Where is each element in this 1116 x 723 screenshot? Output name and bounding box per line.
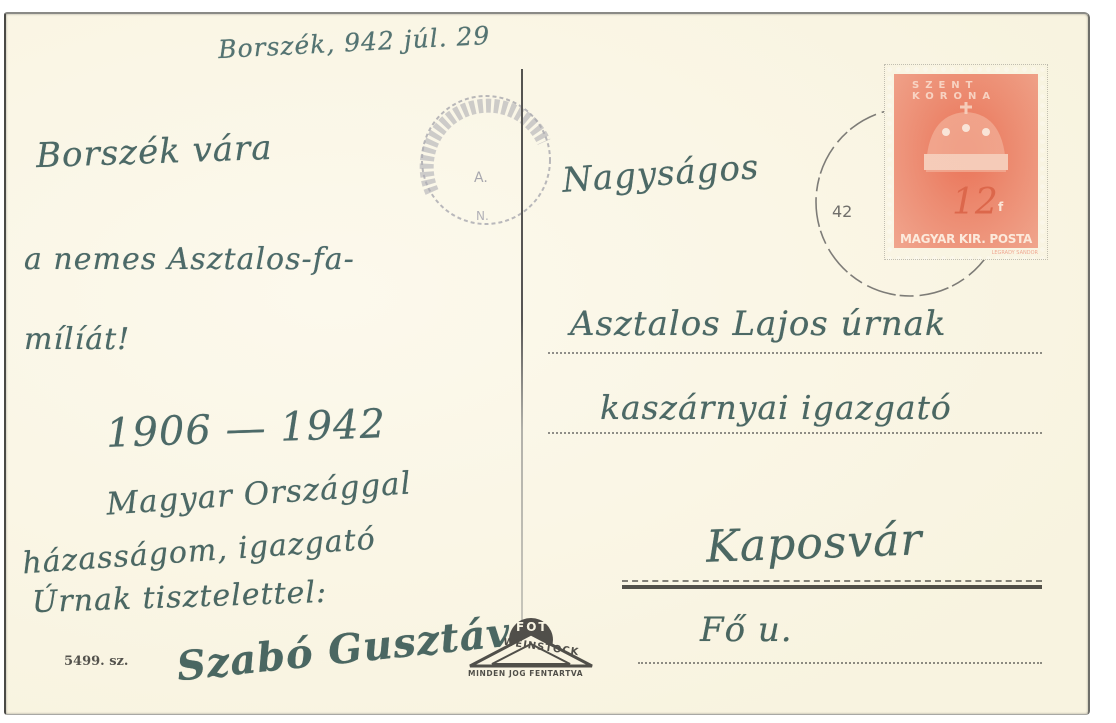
- logo-rights-text: MINDEN JOG FENTARTVA: [468, 669, 583, 678]
- message-line-years: 1906 — 1942: [105, 401, 386, 457]
- address-city-underline: [622, 585, 1042, 589]
- message-line-4: Magyar Országgal: [105, 465, 413, 522]
- message-line-6: Úrnak tisztelettel:: [31, 575, 327, 620]
- center-divider: [521, 69, 523, 624]
- message-line-3: mílíát!: [24, 322, 130, 357]
- stamp-artist: LEGRADY SANDOR: [992, 250, 1038, 256]
- stamp-motto: SZENT KORONA: [912, 80, 1038, 102]
- circular-postmark-icon: A. N.: [406, 82, 576, 232]
- svg-text:N.: N.: [476, 209, 489, 223]
- address-street: Fő u.: [700, 610, 793, 650]
- catalog-number: 5499. sz.: [64, 654, 128, 669]
- place-date-note: Borszék, 942 júl. 29: [217, 21, 491, 64]
- address-name: Asztalos Lajos úrnak: [570, 304, 947, 344]
- address-line-3: [622, 580, 1042, 582]
- address-line-2: [548, 432, 1042, 434]
- svg-text:A.: A.: [474, 170, 488, 186]
- stamp-unit: f: [998, 200, 1003, 214]
- postcard: Borszék, 942 júl. 29 A. N. Borszék vára …: [4, 12, 1090, 715]
- address-title: kaszárnyai igazgató: [600, 388, 952, 427]
- signature: Szabó Gusztáv: [174, 609, 512, 691]
- address-line-1: [548, 352, 1042, 354]
- stamp-face: SZENT KORONA 12 f: [894, 74, 1038, 248]
- message-line-5: házasságom, igazgató: [21, 522, 377, 582]
- stamp-value: 12: [952, 182, 998, 223]
- postage-stamp: SZENT KORONA 12 f MAGYAR KIR. POSTA LEGR…: [884, 64, 1048, 260]
- message-line-1: Borszék vára: [35, 128, 273, 176]
- message-line-2: a nemes Asztalos-fa-: [24, 242, 355, 277]
- logo-foto-text: FOTO: [516, 620, 561, 634]
- stamp-country: MAGYAR KIR. POSTA: [890, 232, 1042, 246]
- address-salutation: Nagyságos: [561, 147, 761, 201]
- printer-logo: FOTO WEINSTOCK MINDEN JOG FENTARTVA: [466, 614, 596, 684]
- address-city: Kaposvár: [705, 514, 923, 573]
- svg-text:42: 42: [832, 202, 852, 221]
- address-line-4: [638, 662, 1042, 664]
